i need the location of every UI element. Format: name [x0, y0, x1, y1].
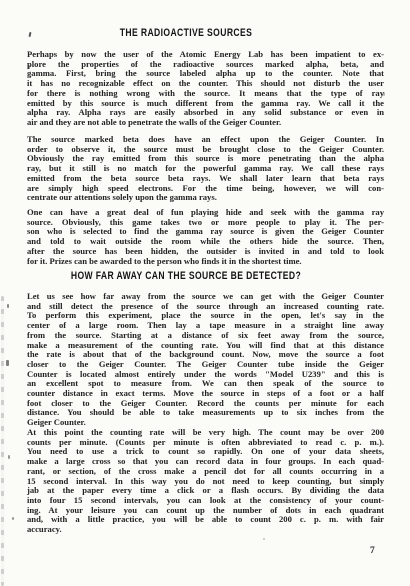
text-line: centrate our attentions solely upon the … [27, 193, 384, 203]
scan-artifact [8, 455, 10, 459]
paragraph-beta-source: The source marked beta does have an effe… [27, 135, 384, 203]
scan-artifact [263, 538, 265, 540]
scan-artifact [6, 360, 9, 366]
scan-artifact [12, 517, 14, 520]
text-line: air and they are not able to penetrate t… [27, 118, 384, 128]
text-line: accuracy. [27, 525, 384, 535]
book-page: THE RADIOACTIVE SOURCES Perhaps by now t… [0, 0, 410, 586]
text-line: for it. Prizes can be awarded to the per… [27, 257, 384, 267]
paragraph-distance-experiment: Let us see how far away from the source … [27, 292, 384, 428]
scan-artifact [29, 32, 32, 37]
page-number: 7 [370, 546, 375, 556]
section-heading-radioactive-sources: THE RADIOACTIVE SOURCES [41, 28, 331, 39]
paragraph-hide-and-seek: One can have a great deal of fun playing… [27, 208, 384, 266]
scan-artifact [7, 304, 9, 308]
paragraph-counting-trick: At this point the counting rate will be … [27, 428, 384, 535]
scan-artifact-streak [1, 296, 4, 586]
text-line: and, with a little practice, you will be… [27, 515, 384, 525]
paragraph-alpha-source: Perhaps by now the user of the Atomic En… [27, 50, 384, 128]
section-heading-how-far-away: HOW FAR AWAY CAN THE SOURCE BE DETECTED? [41, 271, 331, 282]
